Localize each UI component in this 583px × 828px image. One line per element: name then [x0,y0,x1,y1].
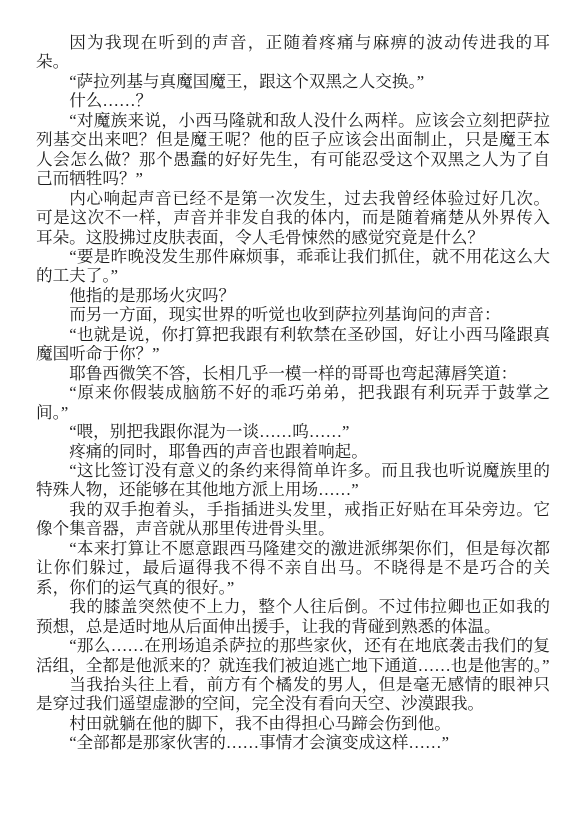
paragraph: 什么……？ [36,91,550,110]
paragraph: 耶鲁西微笑不答，长相几乎一模一样的哥哥也弯起薄唇笑道： [36,364,550,383]
paragraph: “也就是说，你打算把我跟有利软禁在圣砂国，好让小西马隆跟真魔国听命于你？” [36,325,550,364]
paragraph: “对魔族来说，小西马隆就和敌人没什么两样。应该会立刻把萨拉列基交出来吧？但是魔王… [36,111,550,189]
page-text: 因为我现在听到的声音，正随着疼痛与麻痹的波动传进我的耳朵。“萨拉列基与真魔国魔王… [36,33,550,753]
paragraph: “萨拉列基与真魔国魔王，跟这个双黑之人交换。” [36,72,550,91]
paragraph: “本来打算让不愿意跟西马隆建交的激进派绑架你们，但是每次都让你们躲过，最后逼得我… [36,539,550,597]
paragraph: 因为我现在听到的声音，正随着疼痛与麻痹的波动传进我的耳朵。 [36,33,550,72]
paragraph: 疼痛的同时，耶鲁西的声音也跟着响起。 [36,442,550,461]
paragraph: “这比签订没有意义的条约来得简单许多。而且我也听说魔族里的特殊人物，还能够在其他… [36,461,550,500]
book-page: 因为我现在听到的声音，正随着疼痛与麻痹的波动传进我的耳朵。“萨拉列基与真魔国魔王… [0,0,583,828]
paragraph: 村田就躺在他的脚下，我不由得担心马蹄会伤到他。 [36,714,550,733]
paragraph: 当我抬头往上看，前方有个橘发的男人，但是毫无感情的眼神只是穿过我们遥望虚渺的空间… [36,675,550,714]
paragraph: “原来你假装成脑筋不好的乖巧弟弟，把我跟有利玩弄于鼓掌之间。” [36,383,550,422]
paragraph: 而另一方面，现实世界的听觉也收到萨拉列基询问的声音： [36,305,550,324]
paragraph: “喂，别把我跟你混为一谈……呜……” [36,422,550,441]
paragraph: 他指的是那场火灾吗？ [36,286,550,305]
paragraph: 我的双手抱着头，手指插进头发里，戒指正好贴在耳朵旁边。它像个集音器，声音就从那里… [36,500,550,539]
paragraph: 内心响起声音已经不是第一次发生，过去我曾经体验过好几次。可是这次不一样，声音并非… [36,189,550,247]
paragraph: “要是昨晚没发生那件麻烦事，乖乖让我们抓住，就不用花这么大的工夫了。” [36,247,550,286]
paragraph: “那么……在刑场追杀萨拉的那些家伙，还有在地底袭击我们的复活组，全都是他派来的？… [36,636,550,675]
paragraph: 我的膝盖突然使不上力，整个人往后倒。不过伟拉卿也正如我的预想，总是适时地从后面伸… [36,597,550,636]
paragraph: “全部都是那家伙害的……事情才会演变成这样……” [36,733,550,752]
